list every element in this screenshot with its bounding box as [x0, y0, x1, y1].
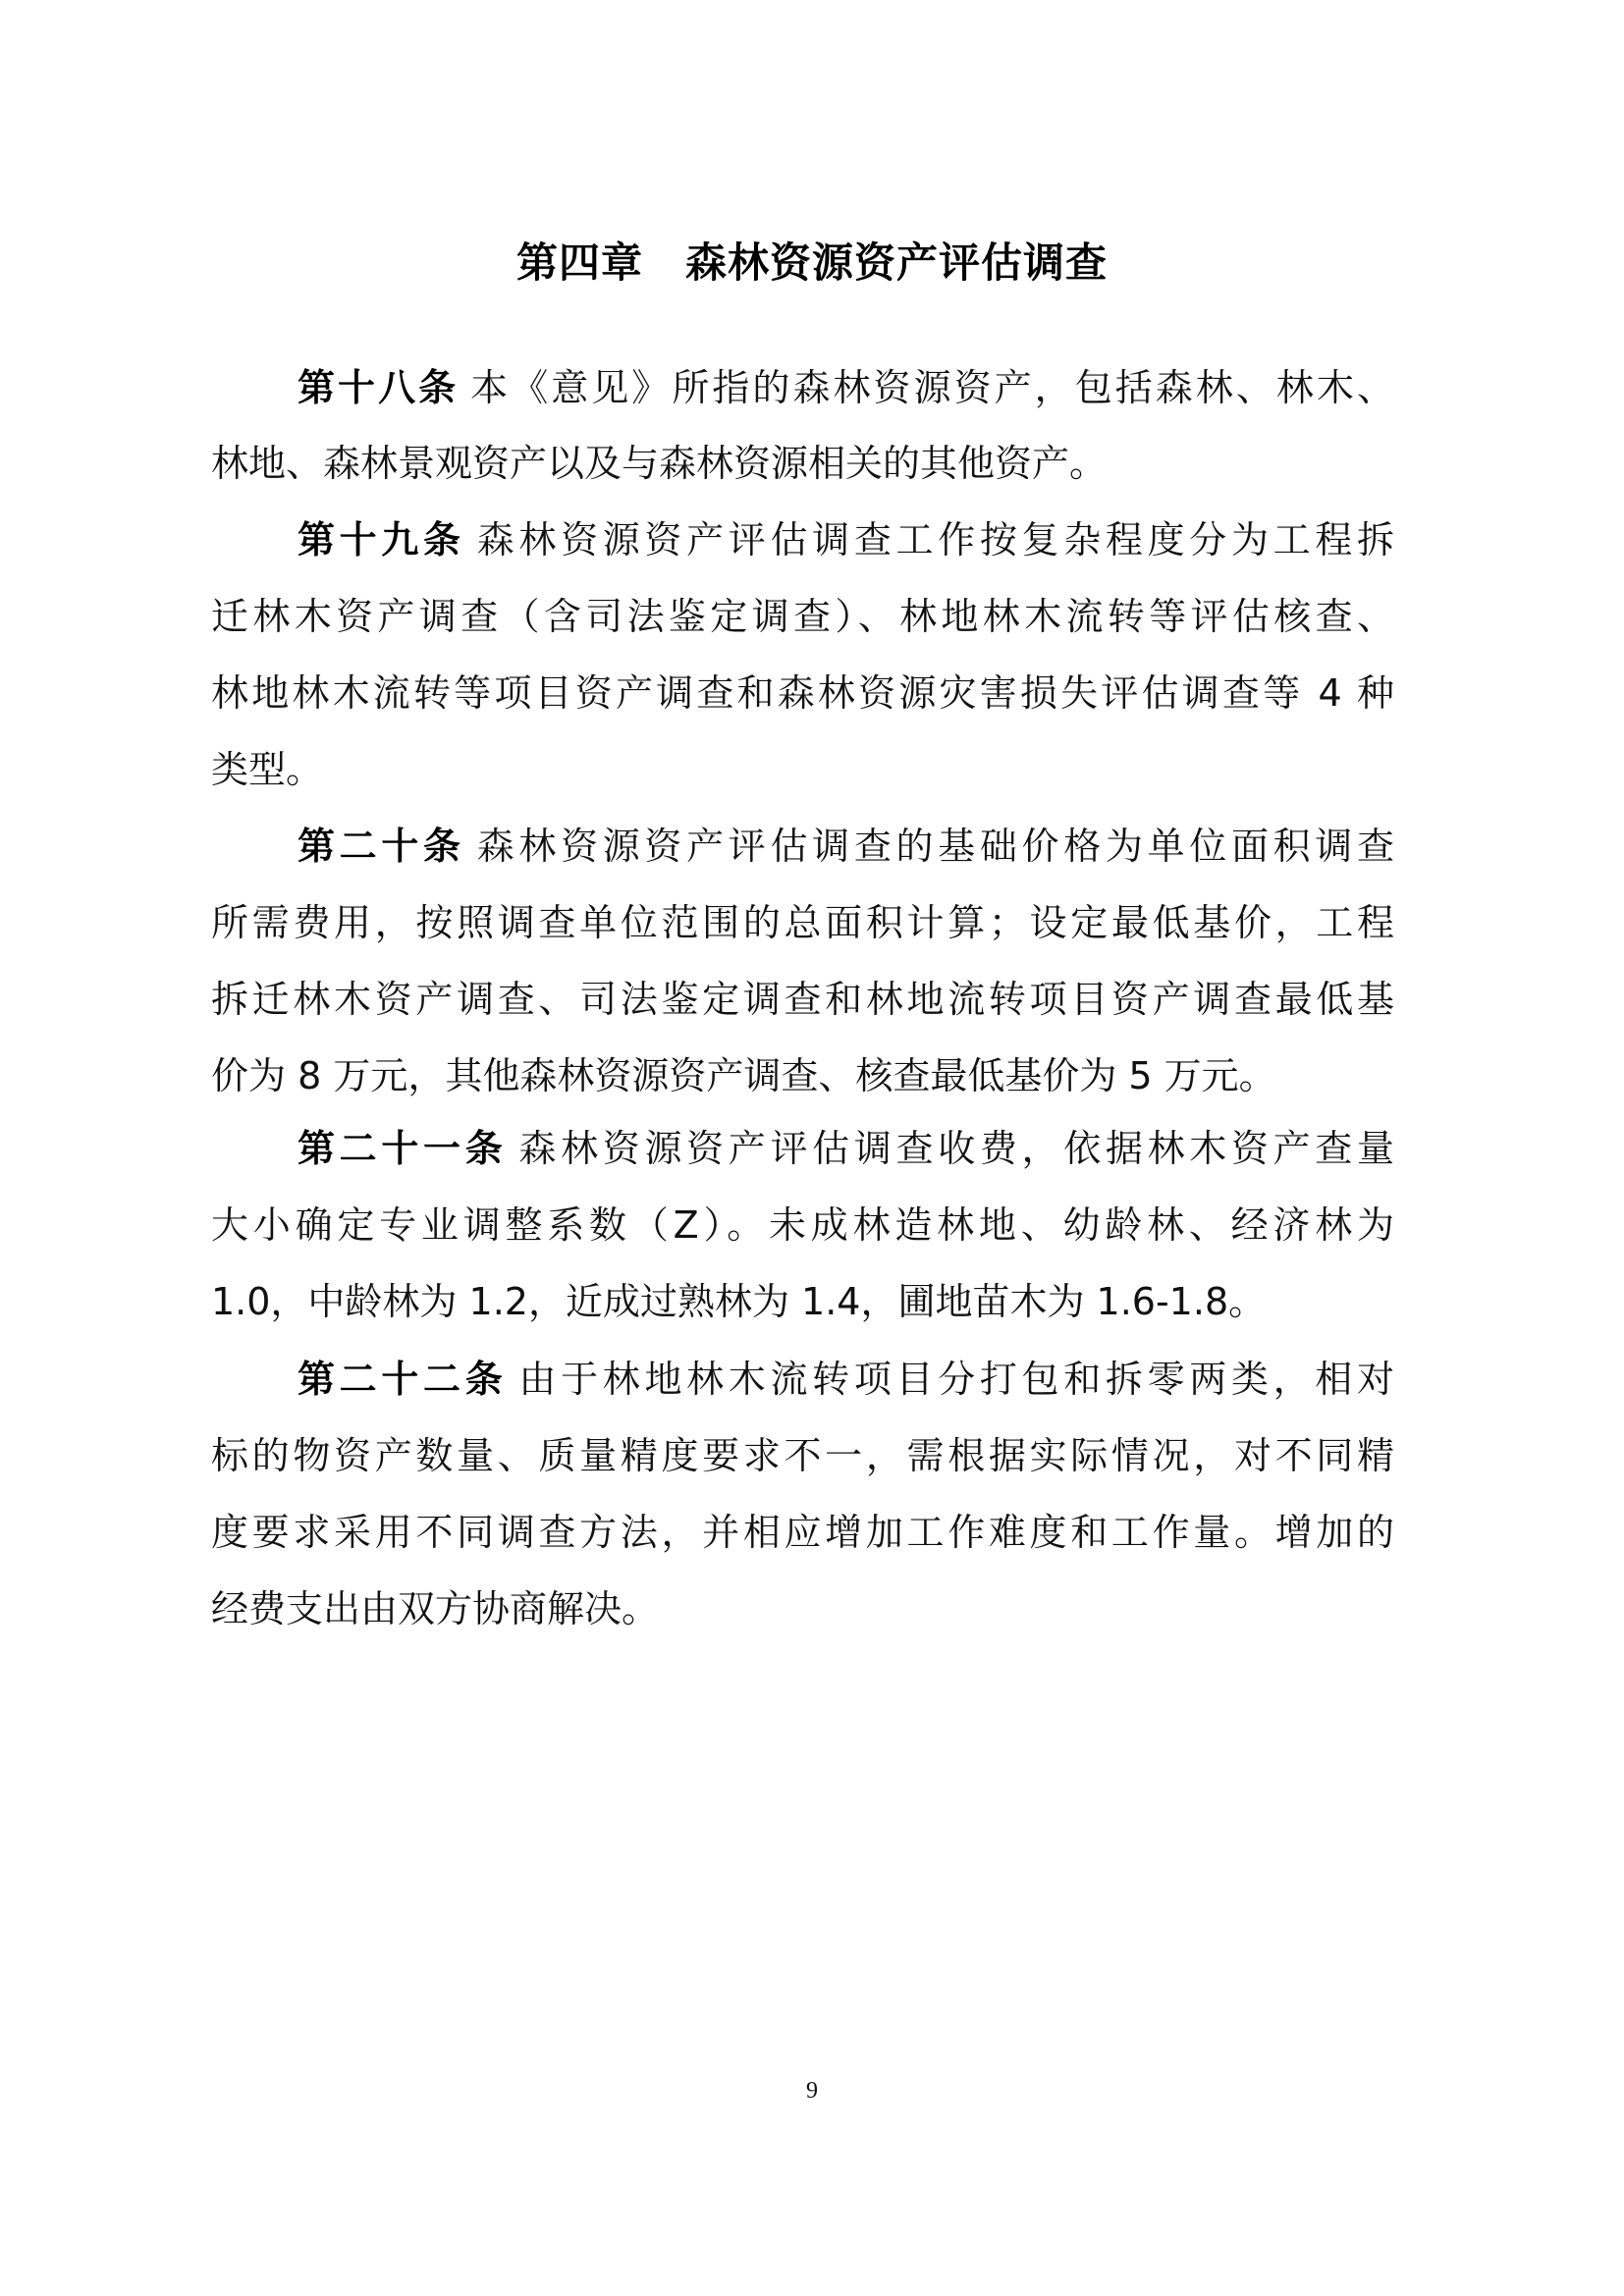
- article-text: 本《意见》所指的森林资源资产，包括森林、林木、: [470, 366, 1394, 409]
- article-19-line-4: 类型。: [211, 740, 1394, 799]
- article-label: 第十九条: [298, 517, 465, 561]
- article-21-line-1: 第二十一条森林资源资产评估调查收费，依据林木资产查量: [298, 1119, 1394, 1178]
- article-21-line-3: 1.0，中龄林为 1.2，近成过熟林为 1.4，圃地苗木为 1.6-1.8。: [211, 1272, 1394, 1331]
- chapter-title: 第四章 森林资源资产评估调查: [0, 234, 1624, 293]
- document-page: 第四章 森林资源资产评估调查 第十八条本《意见》所指的森林资源资产，包括森林、林…: [0, 0, 1624, 2296]
- article-20-line-4: 价为 8 万元，其他森林资源资产调查、核查最低基价为 5 万元。: [211, 1046, 1394, 1105]
- article-label: 第二十一条: [298, 1126, 507, 1170]
- article-19-line-3: 林地林木流转等项目资产调查和森林资源灾害损失评估调查等 4 种: [211, 664, 1394, 722]
- article-20-line-3: 拆迁林木资产调查、司法鉴定调查和林地流转项目资产调查最低基: [211, 970, 1394, 1029]
- article-text: 森林资源资产评估调查的基础价格为单位面积调查: [477, 825, 1394, 868]
- article-21-line-2: 大小确定专业调整系数（Z）。未成林造林地、幼龄林、经济林为: [211, 1196, 1394, 1255]
- article-22-line-1: 第二十二条由于林地林木流转项目分打包和拆零两类，相对: [298, 1350, 1394, 1409]
- article-18-line-1: 第十八条本《意见》所指的森林资源资产，包括森林、林木、: [298, 358, 1394, 417]
- article-text: 由于林地林木流转项目分打包和拆零两类，相对: [518, 1358, 1394, 1401]
- article-text: 森林资源资产评估调查工作按复杂程度分为工程拆: [477, 518, 1394, 561]
- article-22-line-4: 经费支出由双方协商解决。: [211, 1579, 1394, 1638]
- article-text: 森林资源资产评估调查收费，依据林木资产查量: [518, 1127, 1394, 1170]
- article-20-line-1: 第二十条森林资源资产评估调查的基础价格为单位面积调查: [298, 817, 1394, 876]
- article-19-line-1: 第十九条森林资源资产评估调查工作按复杂程度分为工程拆: [298, 510, 1394, 569]
- article-18-line-2: 林地、森林景观资产以及与森林资源相关的其他资产。: [211, 434, 1394, 493]
- article-label: 第十八条: [298, 365, 459, 409]
- article-22-line-2: 标的物资产数量、质量精度要求不一，需根据实际情况，对不同精: [211, 1426, 1394, 1485]
- article-label: 第二十二条: [298, 1357, 507, 1401]
- page-number: 9: [0, 2076, 1624, 2106]
- article-19-line-2: 迁林木资产调查（含司法鉴定调查）、林地林木流转等评估核查、: [211, 587, 1394, 646]
- article-20-line-2: 所需费用，按照调查单位范围的总面积计算；设定最低基价，工程: [211, 893, 1394, 952]
- article-label: 第二十条: [298, 824, 465, 868]
- article-22-line-3: 度要求采用不同调查方法，并相应增加工作难度和工作量。增加的: [211, 1503, 1394, 1562]
